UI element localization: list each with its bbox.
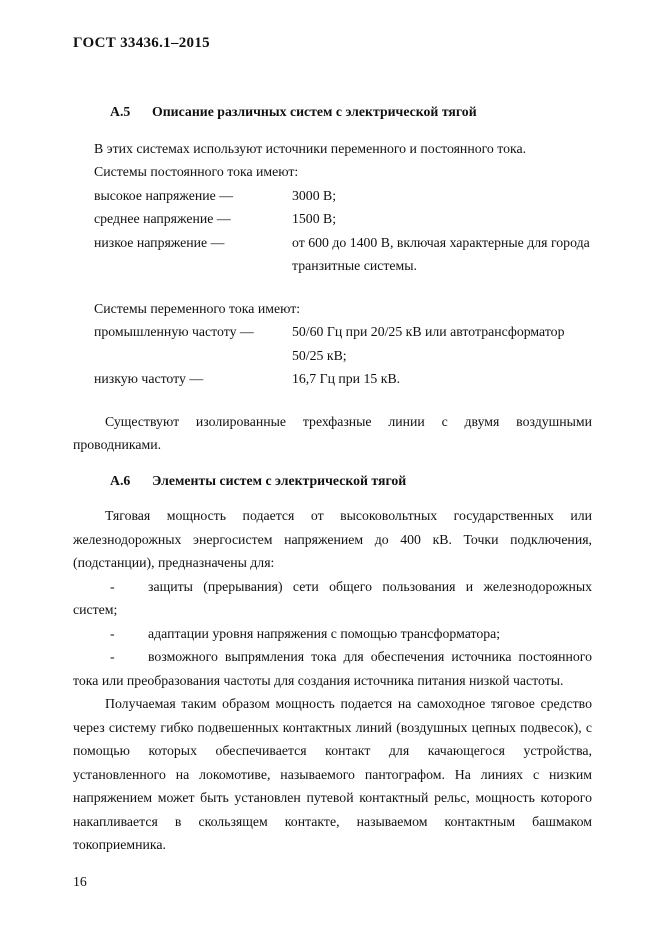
- dc-item-medium-voltage: среднее напряжение — 1500 В;: [94, 207, 592, 231]
- section-a6-title: Элементы систем с электрической тягой: [152, 473, 406, 488]
- def-label: низкую частоту —: [94, 367, 292, 391]
- vertical-spacer: [73, 391, 592, 410]
- def-label: промышленную частоту —: [94, 320, 292, 367]
- bullet-dash: -: [110, 645, 148, 669]
- ac-systems-heading: Системы переменного тока имеют:: [94, 297, 592, 321]
- vertical-spacer: [73, 278, 592, 297]
- document-header: ГОСТ 33436.1–2015: [73, 33, 592, 53]
- bullet-text: адаптации уровня напряжения с помощью тр…: [148, 626, 500, 641]
- def-label: низкое напряжение —: [94, 231, 292, 278]
- def-label: среднее напряжение —: [94, 207, 292, 231]
- bullet-dash: -: [110, 575, 148, 599]
- a6-paragraph-2: Получаемая таким образом мощность подает…: [73, 692, 592, 857]
- a5-intro-text: В этих системах используют источники пер…: [94, 137, 592, 161]
- section-a5-title: Описание различных систем с электрическо…: [152, 104, 477, 119]
- def-value: 3000 В;: [292, 184, 592, 208]
- section-a5-heading: А.5Описание различных систем с электриче…: [73, 100, 592, 124]
- section-a6-heading: А.6Элементы систем с электрической тягой: [73, 469, 592, 493]
- ac-item-industrial-frequency: промышленную частоту — 50/60 Гц при 20/2…: [94, 320, 592, 367]
- ac-item-low-frequency: низкую частоту — 16,7 Гц при 15 кВ.: [94, 367, 592, 391]
- a6-bullet-rectification: -возможного выпрямления тока для обеспеч…: [73, 645, 592, 692]
- dc-systems-heading: Системы постоянного тока имеют:: [94, 160, 592, 184]
- def-value: 16,7 Гц при 15 кВ.: [292, 367, 592, 391]
- a6-bullet-adaptation: -адаптации уровня напряжения с помощью т…: [73, 622, 592, 646]
- def-value: 50/60 Гц при 20/25 кВ или автотрансформа…: [292, 320, 592, 367]
- def-label: высокое напряжение —: [94, 184, 292, 208]
- dc-item-high-voltage: высокое напряжение — 3000 В;: [94, 184, 592, 208]
- section-a5-number: А.5: [110, 100, 152, 124]
- page-number: 16: [73, 870, 87, 894]
- def-value: от 600 до 1400 В, включая характерные дл…: [292, 231, 592, 278]
- section-a6-number: А.6: [110, 469, 152, 493]
- bullet-dash: -: [110, 622, 148, 646]
- dc-item-low-voltage: низкое напряжение — от 600 до 1400 В, вк…: [94, 231, 592, 278]
- a5-closing-paragraph: Существуют изолированные трехфазные лини…: [73, 410, 592, 457]
- bullet-text: защиты (прерывания) сети общего пользова…: [73, 579, 592, 618]
- def-value: 1500 В;: [292, 207, 592, 231]
- document-page: ГОСТ 33436.1–2015 А.5Описание различных …: [0, 0, 661, 935]
- a6-bullet-protection: -защиты (прерывания) сети общего пользов…: [73, 575, 592, 622]
- bullet-text: возможного выпрямления тока для обеспече…: [73, 649, 592, 688]
- a6-paragraph-1: Тяговая мощность подается от высоковольт…: [73, 504, 592, 575]
